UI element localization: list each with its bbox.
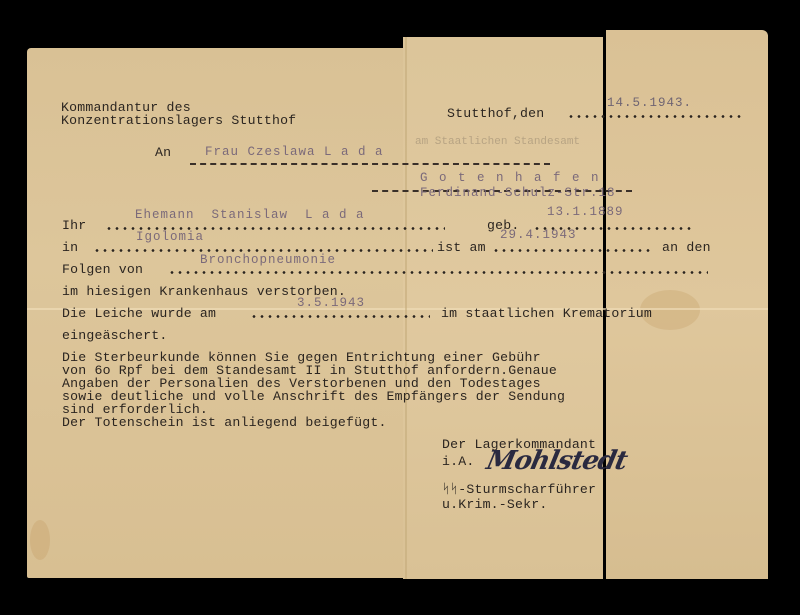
in-label: in: [62, 240, 78, 255]
letter-date: 14.5.1943.: [607, 96, 692, 110]
eingeaeschert-text: eingeäschert.: [62, 328, 167, 343]
krematorium-text: im staatlichen Krematorium: [441, 306, 652, 321]
faint-stamp-text: am Staatlichen Standesamt: [415, 136, 580, 148]
sender-line-2: Konzentrationslagers Stutthof: [61, 113, 296, 128]
folgen-label: Folgen von: [62, 262, 143, 277]
recipient-street: Ferdinand-Schulz-Str.18: [420, 186, 616, 200]
place-label: Stutthof,den: [447, 106, 544, 121]
recipient-name: Frau Czeslawa L a d a: [205, 145, 384, 159]
date-dotted-line: [567, 115, 745, 118]
dotted-line: [93, 249, 433, 252]
dotted-line: [492, 249, 654, 252]
an-den-label: an den: [662, 240, 711, 255]
vertical-fold: [405, 37, 407, 579]
recipient-label: An: [155, 145, 171, 160]
cause-of-death: Bronchopneumonie: [200, 253, 336, 267]
leiche-label: Die Leiche wurde am: [62, 306, 216, 321]
deceased-name: Ehemann Stanislaw L a d a: [135, 208, 365, 222]
birth-place: Igolomia: [136, 230, 204, 244]
ihr-label: Ihr: [62, 218, 86, 233]
death-date: 29.4.1943: [500, 228, 577, 242]
dotted-line: [250, 315, 430, 318]
recipient-underline: [190, 163, 550, 167]
birth-date: 13.1.1889: [547, 205, 624, 219]
signature-rank: ᛋᛋ-Sturmscharführer: [442, 482, 596, 497]
paragraph-line: Der Totenschein ist anliegend beigefügt.: [62, 415, 387, 430]
recipient-city: G o t e n h a f e n: [420, 171, 601, 185]
handwritten-signature: Mohlstedt: [484, 446, 630, 476]
stain: [30, 520, 50, 560]
signature-rank-2: u.Krim.-Sekr.: [442, 497, 547, 512]
signature-ia: i.A.: [442, 454, 474, 469]
dotted-line: [168, 271, 708, 274]
cremation-date: 3.5.1943: [297, 296, 365, 310]
ist-am-label: ist am: [437, 240, 486, 255]
